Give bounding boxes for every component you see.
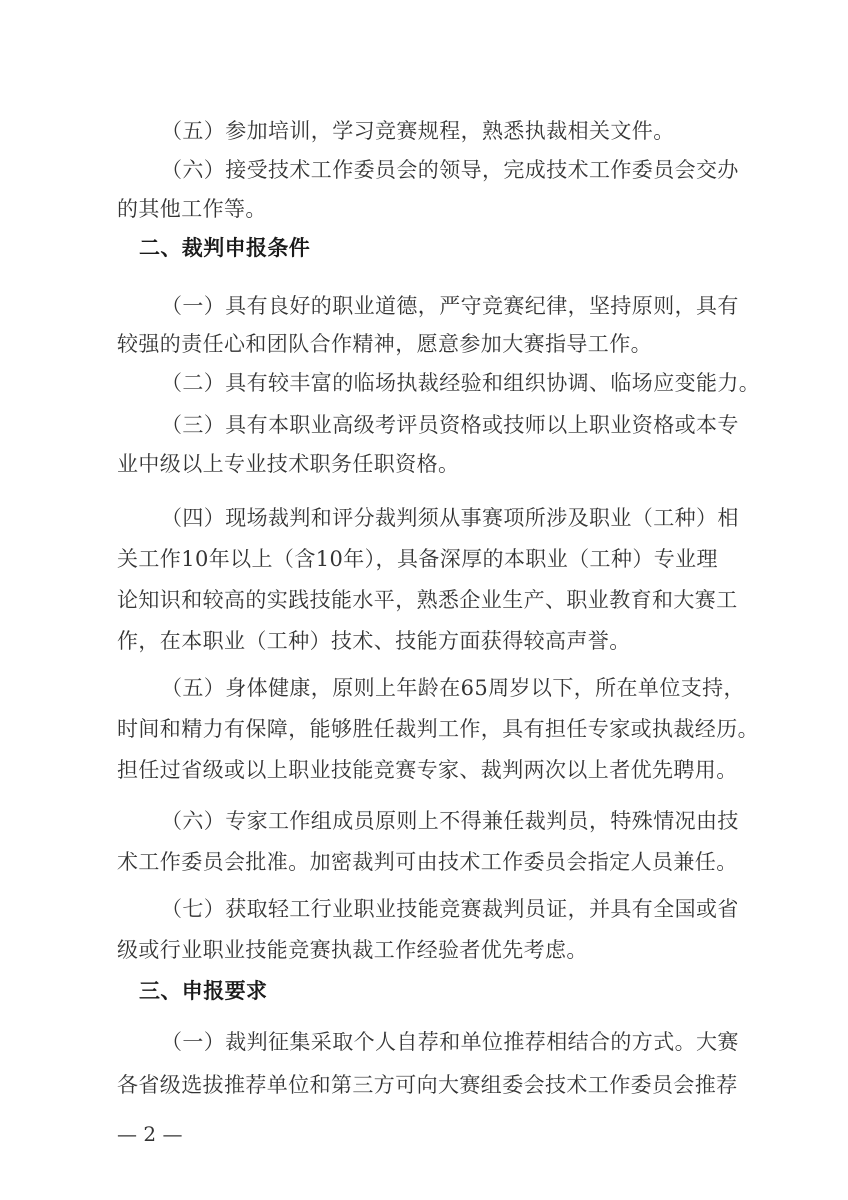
text-line: 较强的责任心和团队合作精神，愿意参加大赛指导工作。 [117, 331, 652, 357]
text-line: （三）具有本职业高级考评员资格或技师以上职业资格或本专 [161, 412, 739, 438]
text-line: 担任过省级或以上职业技能竞赛专家、裁判两次以上者优先聘用。 [117, 757, 738, 783]
section-heading: 三、申报要求 [139, 978, 267, 1004]
text-line: 作，在本职业（工种）技术、技能方面获得较高声誉。 [117, 628, 631, 654]
section-heading: 二、裁判申报条件 [139, 235, 310, 261]
text-line: （一）裁判征集采取个人自荐和单位推荐相结合的方式。大赛 [161, 1029, 739, 1055]
text-line: 关工作10年以上（含10年），具备深厚的本职业（工种）专业理 [117, 546, 718, 572]
text-line: （六）专家工作组成员原则上不得兼任裁判员，特殊情况由技 [161, 808, 739, 834]
text-line: 级或行业职业技能竞赛执裁工作经验者优先考虑。 [117, 937, 588, 963]
page-number: — 2 — [117, 1122, 182, 1146]
text-line: （五）身体健康，原则上年龄在65周岁以下，所在单位支持， [161, 675, 745, 701]
text-line: 论知识和较高的实践技能水平，熟悉企业生产、职业教育和大赛工 [117, 587, 738, 613]
text-line: 各省级选拔推荐单位和第三方可向大赛组委会技术工作委员会推荐 [117, 1072, 738, 1098]
text-line: （五）参加培训，学习竞赛规程，熟悉执裁相关文件。 [161, 118, 675, 144]
text-line: （一）具有良好的职业道德，严守竞赛纪律，坚持原则，具有 [161, 293, 739, 319]
text-line: （七）获取轻工行业职业技能竞赛裁判员证，并具有全国或省 [161, 896, 739, 922]
text-line: 术工作委员会批准。加密裁判可由技术工作委员会指定人员兼任。 [117, 849, 738, 875]
text-line: 业中级以上专业技术职务任职资格。 [117, 451, 459, 477]
text-line: （四）现场裁判和评分裁判须从事赛项所涉及职业（工种）相 [161, 505, 739, 531]
text-line: （六）接受技术工作委员会的领导，完成技术工作委员会交办 [161, 157, 739, 183]
text-line: （二）具有较丰富的临场执裁经验和组织协调、临场应变能力。 [161, 370, 760, 396]
text-line: 时间和精力有保障，能够胜任裁判工作，具有担任专家或执裁经历。 [117, 716, 759, 742]
text-line: 的其他工作等。 [117, 196, 267, 222]
